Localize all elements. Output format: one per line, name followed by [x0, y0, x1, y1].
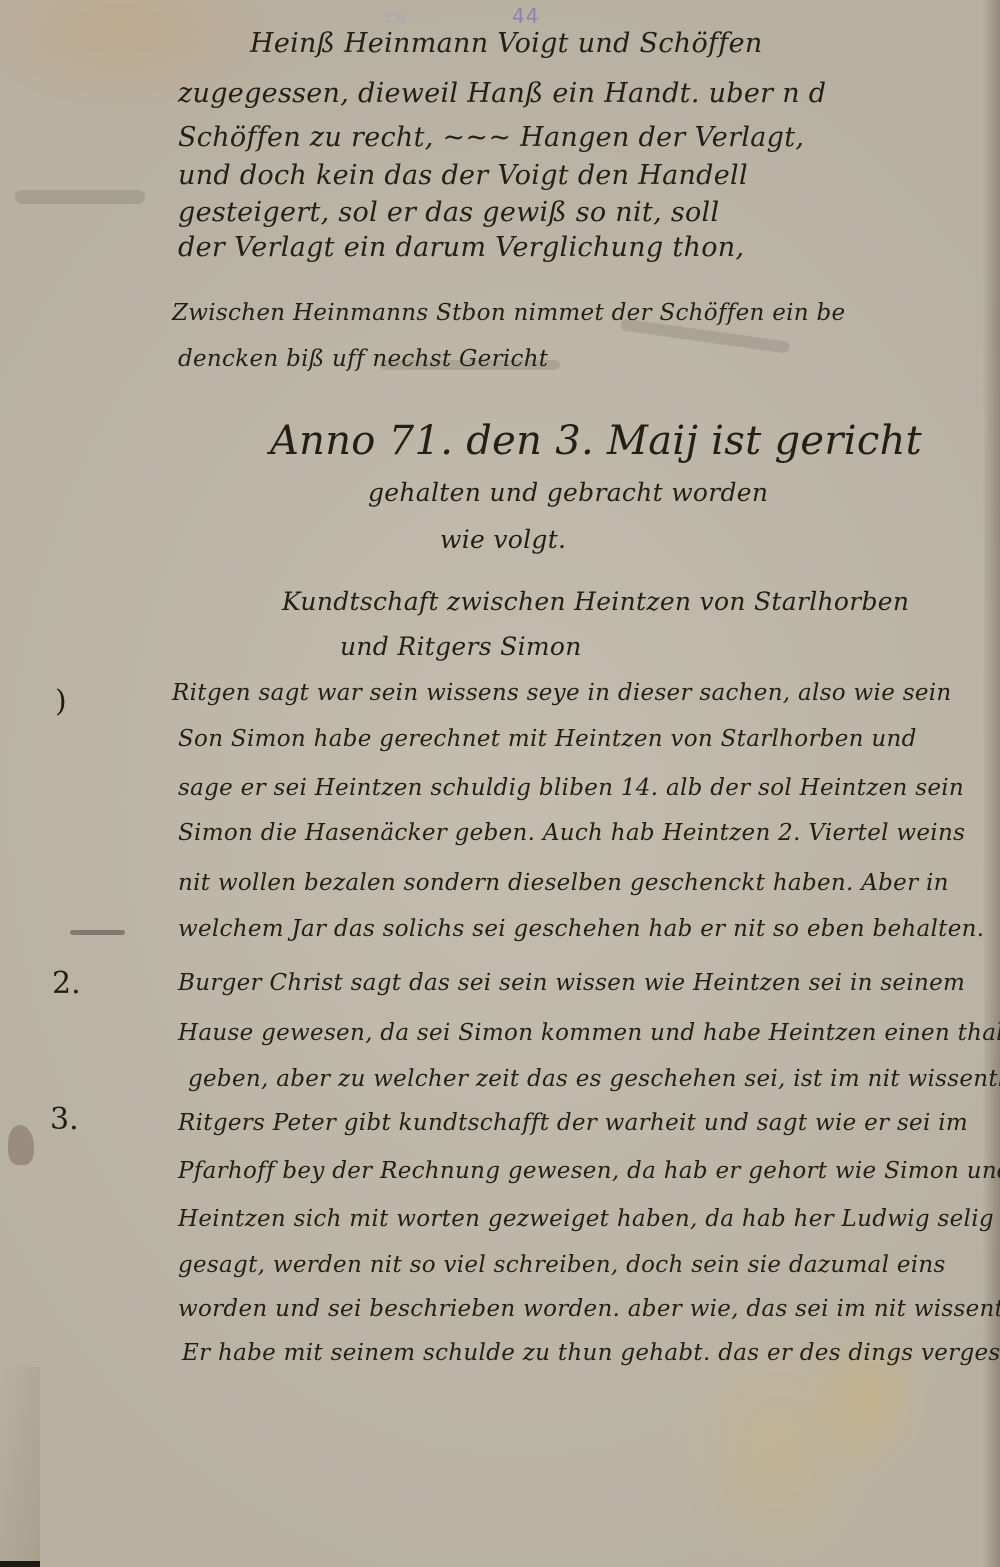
- testimony-line: welchem Jar das solichs sei geschehen ha…: [178, 916, 984, 942]
- testimony-line: Son Simon habe gerechnet mit Heintzen vo…: [178, 726, 917, 752]
- text-line: Zwischen Heinmanns Stbon nimmet der Schö…: [172, 300, 845, 326]
- entry-heading: Anno 71. den 3. Maij ist gericht: [270, 418, 922, 464]
- margin-number: ): [55, 684, 67, 719]
- testimony-line: worden und sei beschrieben worden. aber …: [178, 1296, 1000, 1322]
- testimony-line: sage er sei Heintzen schuldig bliben 14.…: [178, 775, 964, 801]
- testimony-line: Pfarhoff bey der Rechnung gewesen, da ha…: [178, 1158, 1000, 1184]
- testimony-line: Er habe mit seinem schulde zu thun gehab…: [182, 1340, 1000, 1366]
- testimony-line: Burger Christ sagt das sei sein wissen w…: [178, 970, 965, 996]
- text-line: Schöffen zu recht, ~~~ Hangen der Verlag…: [178, 122, 804, 153]
- text-line: zugegessen, dieweil Hanß ein Handt. uber…: [178, 78, 826, 109]
- testimony-line: gesagt, werden nit so viel schreiben, do…: [178, 1252, 946, 1278]
- case-title: Kundtschaft zwischen Heintzen von Starlh…: [282, 587, 909, 616]
- text-line: der Verlagt ein darum Verglichung thon,: [178, 232, 744, 263]
- manuscript-page: ca 44 Heinß Heinmann Voigt und Schöffen …: [0, 0, 1000, 1567]
- testimony-line: Ritgers Peter gibt kundtschafft der warh…: [178, 1110, 968, 1136]
- page-edge-shadow: [982, 0, 1000, 1567]
- testimony-line: nit wollen bezalen sondern dieselben ges…: [178, 870, 949, 896]
- testimony-line: Hause gewesen, da sei Simon kommen und h…: [178, 1020, 1000, 1046]
- ink-bleed-through: [15, 190, 145, 204]
- testimony-line: Ritgen sagt war sein wissens seye in die…: [172, 680, 952, 706]
- text-line: und doch kein das der Voigt den Handell: [178, 160, 748, 191]
- text-line: dencken biß uff nechst Gericht: [178, 346, 548, 372]
- entry-heading: gehalten und gebracht worden: [368, 478, 768, 507]
- margin-number: 2.: [52, 966, 81, 1001]
- entry-heading: wie volgt.: [440, 525, 566, 554]
- margin-number: 3.: [50, 1102, 79, 1137]
- case-title: und Ritgers Simon: [340, 632, 582, 661]
- folio-faint-mark: ca: [385, 6, 406, 27]
- text-line: Heinß Heinmann Voigt und Schöffen: [250, 28, 763, 59]
- testimony-line: geben, aber zu welcher zeit das es gesch…: [188, 1066, 1000, 1092]
- ink-smudge: [70, 930, 125, 935]
- testimony-line: Simon die Hasenäcker geben. Auch hab Hei…: [178, 820, 965, 846]
- paper-stain: [8, 1125, 34, 1165]
- testimony-line: Heintzen sich mit worten gezweiget haben…: [178, 1206, 994, 1232]
- scan-border: [0, 1561, 40, 1567]
- text-line: gesteigert, sol er das gewiß so nit, sol…: [178, 197, 719, 228]
- folio-number: 44: [512, 4, 539, 28]
- torn-corner: [0, 1367, 40, 1567]
